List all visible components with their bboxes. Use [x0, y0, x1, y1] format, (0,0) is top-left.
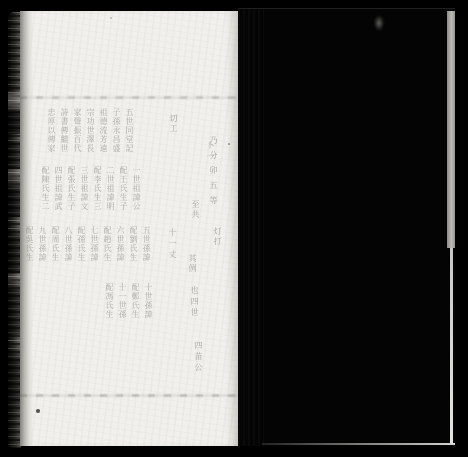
- text-column: 九世孫諱: [37, 226, 48, 262]
- text-column: 詩書傳繼世: [59, 108, 70, 153]
- right-page-edge-highlight-upper: [447, 11, 455, 248]
- light-smudge: [372, 12, 386, 34]
- text-column: 十世孫諱: [143, 283, 154, 319]
- scanned-book-photo: 五世同堂記子孫永昌盛祖德流芳遠宗功世澤長家聲振百代詩書傳繼世忠厚以傳家 一世祖諱…: [0, 0, 468, 457]
- text-column: 子孫永昌盛: [111, 108, 122, 153]
- text-column: 一世祖諱公: [131, 166, 142, 211]
- text-column: 配張氏生子: [66, 166, 77, 211]
- text-column: 祖德流芳遠: [98, 108, 109, 153]
- text-column: 配吳氏生: [24, 226, 35, 262]
- side-column-mid-b: 十一丈: [167, 228, 178, 261]
- text-column: 配鄭氏生: [130, 283, 141, 319]
- text-block-1: 五世同堂記子孫永昌盛祖德流芳遠宗功世澤長家聲振百代詩書傳繼世忠厚以傳家: [44, 108, 137, 153]
- text-block-4: 十世孫諱配鄭氏生十一世孫配馮氏生: [102, 283, 156, 319]
- side-column-low-b: 也四世: [189, 286, 200, 319]
- text-column: 配孫氏生: [76, 226, 87, 262]
- text-column: 十一世孫: [117, 283, 128, 319]
- side-column-low-a: 其例: [187, 254, 198, 274]
- text-column: 配周氏生: [50, 226, 61, 262]
- side-column-mid-c: 灯打: [212, 227, 223, 247]
- text-column: 二世祖諱明: [105, 166, 116, 211]
- text-column: 三世祖諱文: [79, 166, 90, 211]
- text-column: 六世孫諱: [115, 226, 126, 262]
- text-column: 配趙氏生: [102, 226, 113, 262]
- right-page-edge-highlight-lower: [450, 248, 453, 444]
- text-column: 配陳氏生二: [40, 166, 51, 211]
- text-column: 四世祖諱武: [53, 166, 64, 211]
- right-page: [238, 8, 455, 446]
- text-column: 五世孫諱: [141, 226, 152, 262]
- text-column: 五世同堂記: [124, 108, 135, 153]
- text-column: 配李氏生三: [92, 166, 103, 211]
- fold-crease-top: [20, 95, 238, 100]
- text-block-3: 五世孫諱配劉氏生六世孫諱配趙氏生七世孫諱配孫氏生八世孫諱配周氏生九世孫諱配吳氏生: [22, 226, 154, 262]
- text-column: 家聲振百代: [72, 108, 83, 153]
- ink-speck-large: [36, 409, 40, 413]
- right-page-bottom-edge: [262, 443, 455, 445]
- text-column: 宗功世澤長: [85, 108, 96, 153]
- text-column: 配王氏生子: [118, 166, 129, 211]
- text-column: 配劉氏生: [128, 226, 139, 262]
- text-column: 八世孫諱: [63, 226, 74, 262]
- side-column-upper-b: 卜一: [205, 141, 216, 163]
- text-column: 配馮氏生: [104, 283, 115, 319]
- left-page: 五世同堂記子孫永昌盛祖德流芳遠宗功世澤長家聲振百代詩書傳繼世忠厚以傳家 一世祖諱…: [20, 11, 240, 446]
- side-column-upper-a: 切工: [168, 114, 179, 134]
- ink-speck-small: [228, 143, 230, 145]
- side-column-mid-a: 至共: [190, 200, 201, 220]
- side-column-low-c: 四苗公: [193, 341, 204, 374]
- text-column: 忠厚以傳家: [46, 108, 57, 153]
- ink-speck-top: [110, 17, 112, 19]
- fold-crease-bottom: [20, 393, 238, 398]
- text-column: 七世孫諱: [89, 226, 100, 262]
- text-block-2: 一世祖諱公配王氏生子二世祖諱明配李氏生三三世祖諱文配張氏生子四世祖諱武配陳氏生二: [38, 166, 144, 211]
